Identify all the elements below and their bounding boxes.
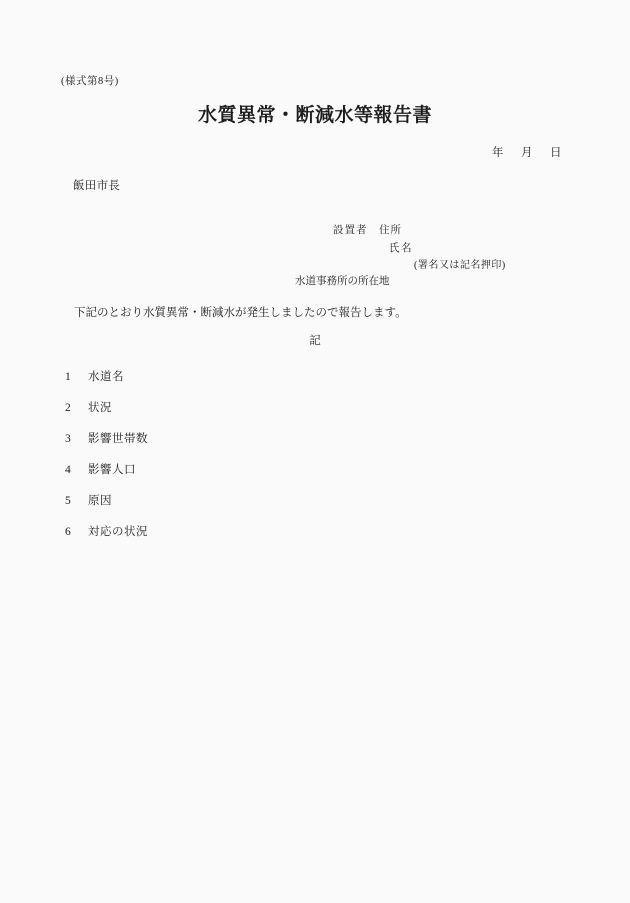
addressee: 飯田市長	[73, 181, 120, 193]
item-number: 2	[65, 403, 88, 415]
list-item: 4影響人口	[65, 465, 136, 477]
report-statement: 下記のとおり水質異常・断減水が発生しましたので報告します。	[74, 308, 407, 320]
document-page: (様式第8号) 水質異常・断減水等報告書 年 月 日 飯田市長 設置者 住所 氏…	[0, 0, 630, 903]
item-label: 影響世帯数	[88, 433, 148, 445]
submitter-name-line: 氏名	[389, 244, 413, 255]
list-item: 3影響世帯数	[65, 434, 148, 446]
item-number: 5	[65, 496, 88, 508]
item-label: 影響人口	[88, 464, 136, 476]
item-label: 水道名	[88, 371, 124, 383]
date-line: 年 月 日	[492, 148, 565, 160]
list-item: 5原因	[65, 496, 112, 508]
item-number: 4	[65, 465, 88, 477]
item-number: 3	[65, 434, 88, 446]
form-number: (様式第8号)	[61, 77, 119, 88]
list-item: 6対応の状況	[65, 527, 148, 539]
submitter-address-line: 設置者 住所	[333, 226, 402, 237]
item-number: 6	[65, 527, 88, 539]
item-label: 原因	[88, 495, 112, 507]
document-title: 水質異常・断減水等報告書	[0, 106, 630, 125]
item-label: 状況	[88, 402, 112, 414]
item-label: 対応の状況	[88, 526, 148, 538]
item-number: 1	[65, 372, 88, 384]
record-marker: 記	[0, 336, 630, 348]
list-item: 2状況	[65, 403, 112, 415]
signature-note: (署名又は記名押印)	[414, 261, 506, 271]
list-item: 1水道名	[65, 372, 124, 384]
water-office-location-line: 水道事務所の所在地	[295, 277, 390, 288]
